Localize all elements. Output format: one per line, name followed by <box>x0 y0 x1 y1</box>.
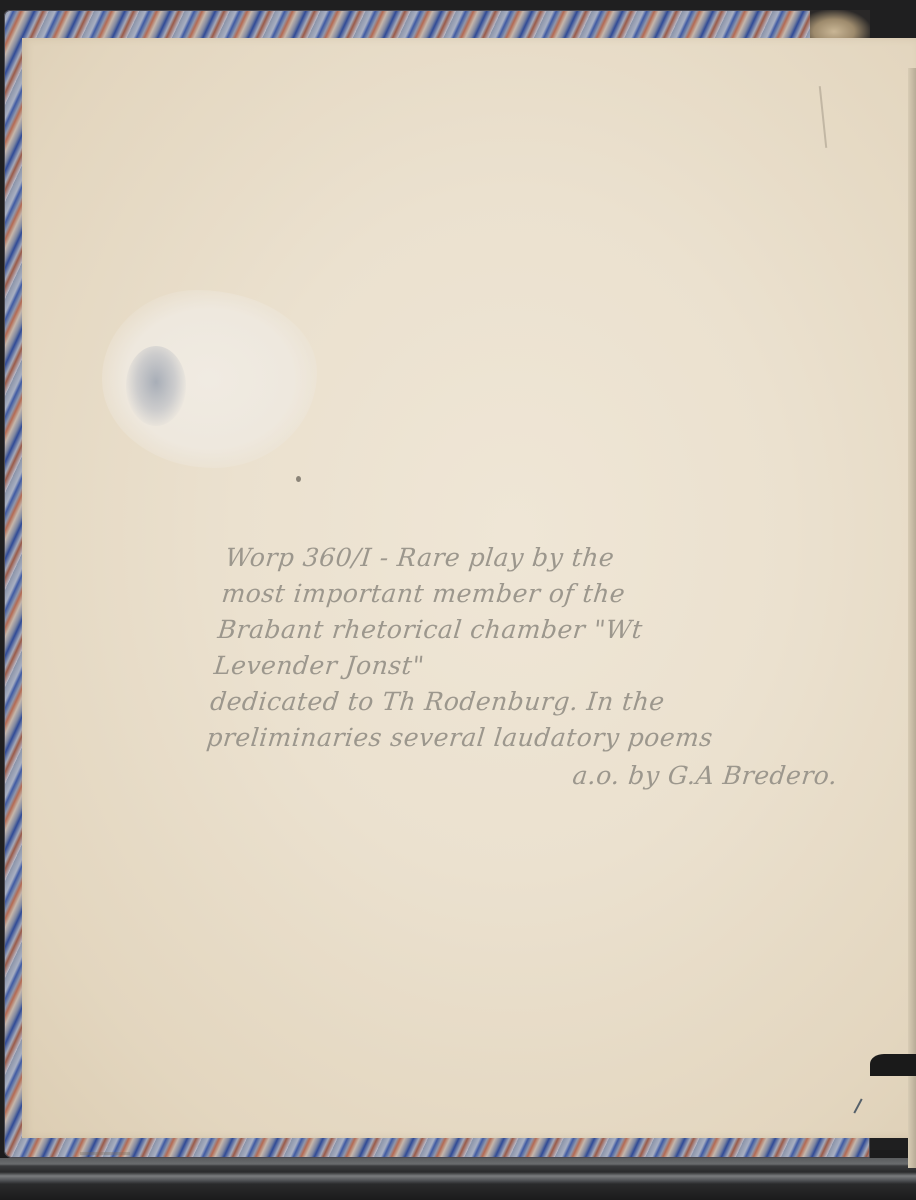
pencil-smudge <box>80 1152 130 1155</box>
pencil-corner-mark <box>819 86 827 148</box>
note-attribution: a.o. by G.A Bredero. <box>201 758 845 794</box>
note-line: Worp 360/I - Rare play by the <box>224 540 868 576</box>
paper-speck <box>296 476 301 482</box>
ink-stain <box>126 346 186 426</box>
handwritten-note: Worp 360/I - Rare play by the most impor… <box>201 540 868 794</box>
note-line: Levender Jonst" <box>212 648 856 684</box>
page-tear <box>870 1054 916 1076</box>
note-line: preliminaries several laudatory poems <box>205 720 849 756</box>
note-line: dedicated to Th Rodenburg. In the <box>208 684 852 720</box>
note-line: Brabant rhetorical chamber "Wt <box>216 612 860 648</box>
note-line: most important member of the <box>220 576 864 612</box>
gutter-shadow <box>908 68 916 1168</box>
